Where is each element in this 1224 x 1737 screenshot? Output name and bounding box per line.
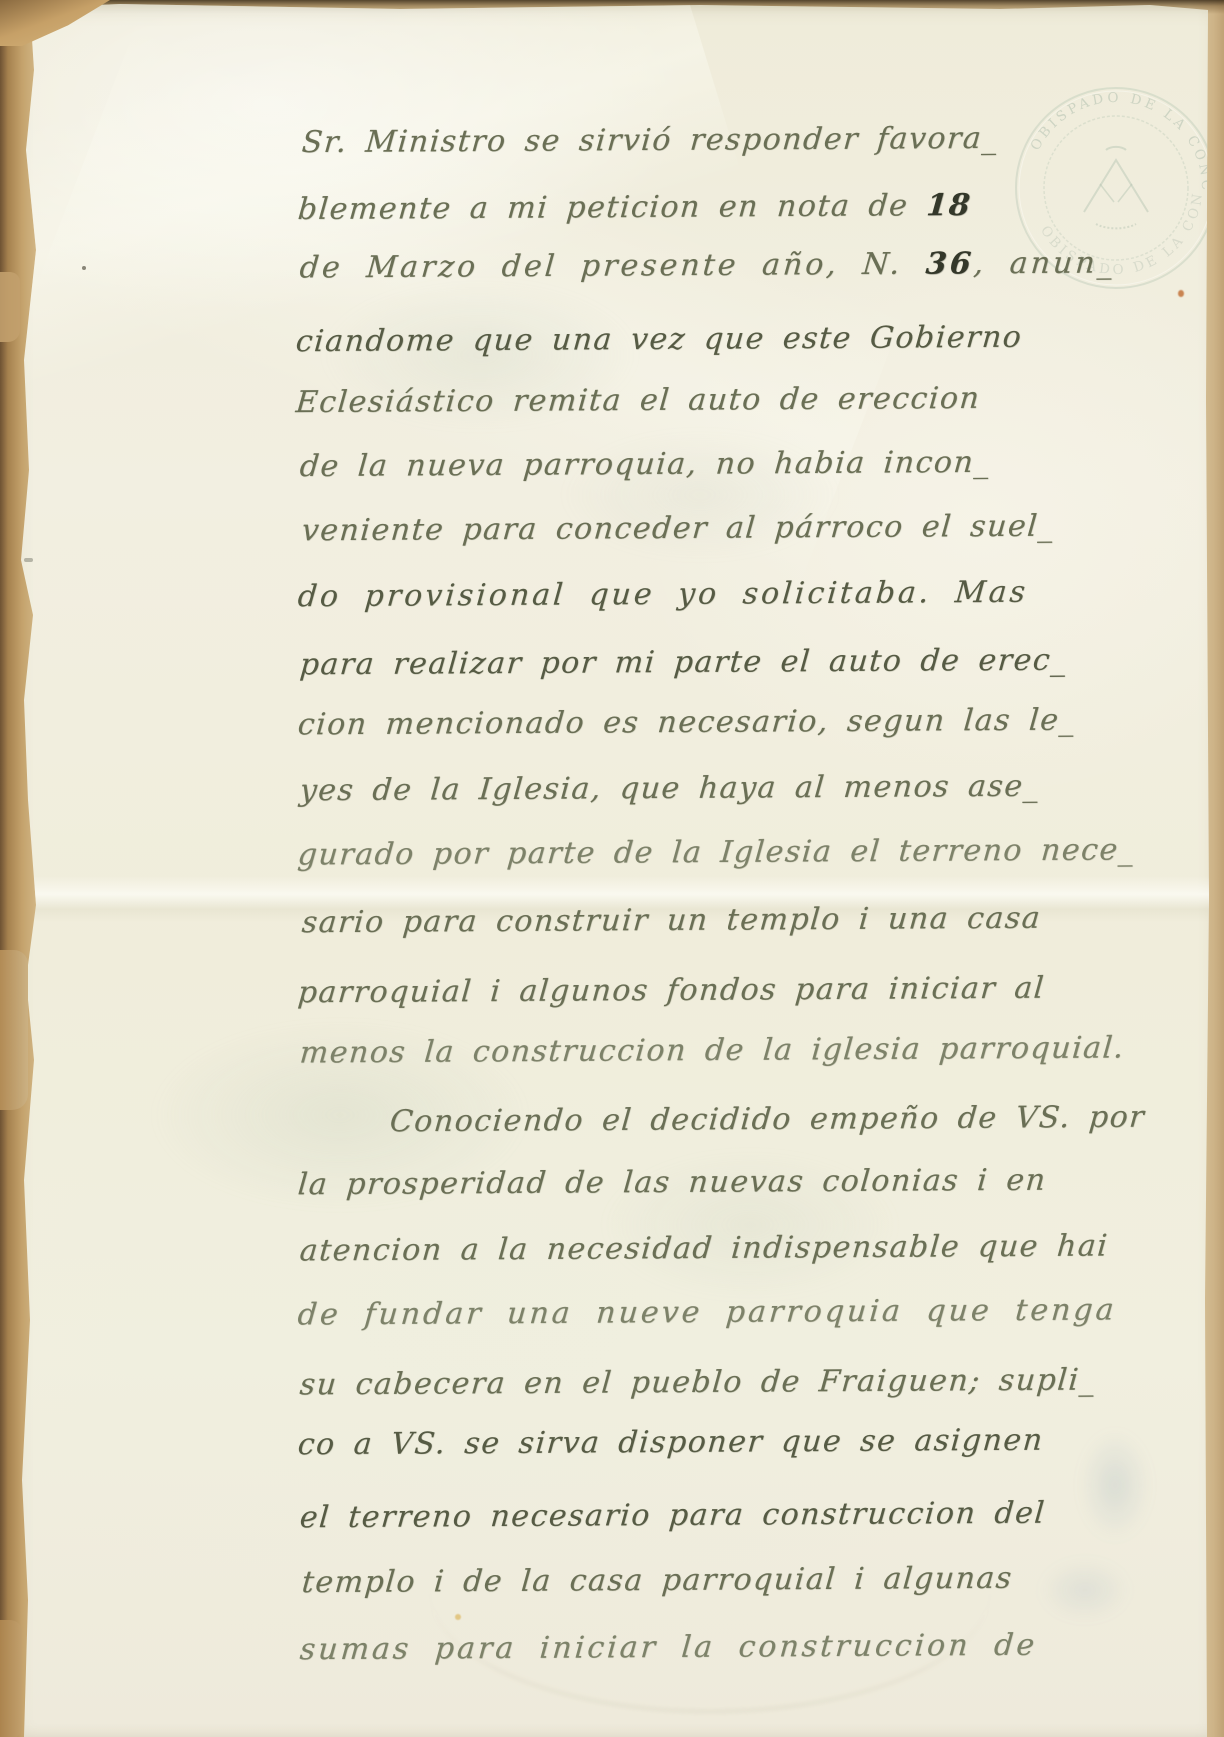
manuscript-line: menos la construccion de la iglesia parr…: [298, 1025, 1127, 1076]
seal-emblem: [1084, 147, 1148, 228]
manuscript-line: su cabecera en el pueblo de Fraiguen; su…: [298, 1358, 1098, 1409]
stain-speck-yellow: [455, 1614, 461, 1620]
manuscript-line: Sr. Ministro se sirvió responder favora_: [300, 116, 1001, 166]
manuscript-line: gurado por parte de la Iglesia el terren…: [296, 827, 1137, 878]
manuscript-line: do provisional que yo solicitaba. Mas: [296, 570, 1030, 620]
manuscript-line: sario para construir un templo i una cas…: [300, 896, 1043, 947]
ink-number-note: 36: [925, 246, 976, 281]
manuscript-line: para realizar por mi parte el auto de er…: [298, 638, 1070, 689]
manuscript-line: atencion a la necesidad indispensable qu…: [298, 1224, 1110, 1275]
manuscript-line: co a VS. se sirva disponer que se asigne…: [296, 1418, 1045, 1469]
manuscript-page: OBISPADO DE LA CONCEPCION OBISPADO DE LA…: [0, 0, 1224, 1737]
manuscript-line-text: , anun_: [972, 246, 1117, 282]
stain-smudge-blue: [1040, 1560, 1130, 1620]
manuscript-line: cion mencionado es necesario, segun las …: [296, 698, 1078, 749]
svg-text:OBISPADO DE LA CONCEPCION: OBISPADO DE LA CONCEPCION: [1012, 84, 1214, 194]
manuscript-line: veniente para conceder al párroco el sue…: [300, 504, 1057, 555]
paper-crease-sheen: [33, 13, 906, 587]
manuscript-line: Conociendo el decidido empeño de VS. por: [388, 1095, 1147, 1146]
manuscript-line-text: blemente a mi peticion en nota de: [296, 188, 927, 227]
manuscript-line-text: de Marzo del presente año, N.: [298, 247, 927, 286]
manuscript-line: de la nueva parroquia, no habia incon_: [298, 440, 993, 490]
stain-speck-dark: [82, 266, 86, 270]
stain-smudge-blue: [1080, 1430, 1150, 1540]
manuscript-line: el terreno necesario para construccion d…: [298, 1491, 1047, 1542]
manuscript-line: ciandome que una vez que este Gobierno: [294, 315, 1024, 365]
torn-edge-fragment: [0, 950, 28, 1110]
torn-edge-fragment: [0, 272, 20, 342]
manuscript-line: la prosperidad de las nuevas colonias i …: [296, 1158, 1048, 1209]
manuscript-line: parroquial i algunos fondos para iniciar…: [296, 966, 1047, 1017]
torn-edge-fragment: [0, 1620, 22, 1737]
manuscript-line: de fundar una nueve parroquia que tenga: [296, 1288, 1118, 1339]
manuscript-line: de Marzo del presente año, N. 36, anun_: [298, 241, 1118, 292]
manuscript-line: templo i de la casa parroquial i algunas: [300, 1556, 1015, 1606]
manuscript-line: blemente a mi peticion en nota de 18: [296, 183, 973, 233]
manuscript-line: Eclesiástico remita el auto de ereccion: [294, 376, 982, 426]
stain-speck-grey: [24, 558, 33, 562]
manuscript-line: sumas para iniciar la construccion de: [298, 1623, 1039, 1674]
seal-legend-top: OBISPADO DE LA CONCEPCION: [1012, 84, 1214, 194]
seal-inner-ring: [1044, 116, 1188, 260]
paper-sheet: OBISPADO DE LA CONCEPCION OBISPADO DE LA…: [0, 0, 1224, 1737]
ink-number-day: 18: [925, 188, 973, 223]
manuscript-line: yes de la Iglesia, que haya al menos ase…: [298, 764, 1042, 815]
